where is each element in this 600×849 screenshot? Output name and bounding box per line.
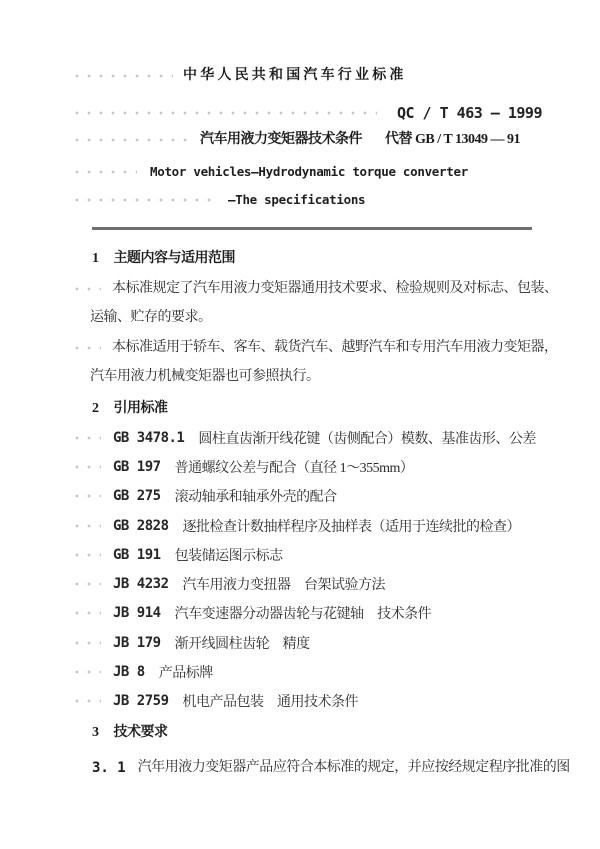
national-title: 中华人民共和国汽车行业标准 xyxy=(183,66,407,86)
section-1-paragraph-1-line-1: 本标准规定了汽车用液力变矩器通用技术要求、检验规则及对标志、包装、 xyxy=(0,279,600,299)
section-2-number: 2 xyxy=(92,399,99,419)
reference-title: 渐开线圆柱齿轮 精度 xyxy=(175,633,310,653)
reference-title: 逐批检查计数抽样程序及抽样表（适用于连续批的检查） xyxy=(183,516,521,536)
reference-code: JB 4232 xyxy=(113,576,169,592)
leader-dots xyxy=(75,73,173,79)
leader-dots xyxy=(75,197,217,203)
header-divider-rule xyxy=(92,227,532,230)
chinese-title: 汽车用液力变矩器技术条件 xyxy=(200,130,362,150)
leader-dots xyxy=(75,286,101,292)
reference-title: 圆柱直齿渐开线花键（齿侧配合）模数、基准齿形、公差 xyxy=(198,428,536,448)
leader-dots xyxy=(75,610,101,616)
supersedes-note: 代替 GB / T 13049 — 91 xyxy=(385,130,520,150)
standard-document-page: 中华人民共和国汽车行业标准 QC / T 463 — 1999 汽车用液力变矩器… xyxy=(0,0,600,849)
section-1-paragraph-1-line-2: 运输、贮存的要求。 xyxy=(0,308,600,328)
reference-item: JB 179 渐开线圆柱齿轮 精度 xyxy=(75,628,570,657)
clause-text: 汽年用液力变矩器产品应符合本标准的规定，并应按经规定程序批准的图 xyxy=(138,758,570,778)
reference-code: JB 8 xyxy=(113,664,145,680)
section-2-heading: 2 引用标准 xyxy=(92,399,168,419)
paragraph-text: 汽车用液力机械变矩器也可参照执行。 xyxy=(90,367,320,387)
header-english-title-line-2: —The specifications xyxy=(0,190,600,210)
section-1-paragraph-2-line-2: 汽车用液力机械变矩器也可参照执行。 xyxy=(0,367,600,387)
header-chinese-title-line: 汽车用液力变矩器技术条件 代替 GB / T 13049 — 91 xyxy=(0,130,600,150)
section-1-heading: 1 主题内容与适用范围 xyxy=(92,249,235,269)
reference-standards-list: GB 3478.1 圆柱直齿渐开线花键（齿侧配合）模数、基准齿形、公差 GB 1… xyxy=(75,423,570,716)
section-3-title: 技术要求 xyxy=(114,723,168,743)
paragraph-text: 运输、贮存的要求。 xyxy=(90,308,212,328)
leader-dots xyxy=(75,110,377,116)
reference-title: 汽车变速器分动器齿轮与花键轴 技术条件 xyxy=(175,603,432,623)
section-1-paragraph-2-line-1: 本标准适用于轿车、客车、载货汽车、越野汽车和专用汽车用液力变矩器， xyxy=(0,338,600,358)
reference-title: 汽车用液力变扭器 台架试验方法 xyxy=(183,574,386,594)
reference-code: JB 914 xyxy=(113,605,161,621)
leader-dots xyxy=(75,345,101,351)
section-1-number: 1 xyxy=(92,249,99,269)
reference-code: GB 191 xyxy=(113,547,161,563)
clause-number: 3. 1 xyxy=(92,758,126,778)
reference-code: GB 3478.1 xyxy=(113,430,184,446)
reference-title: 包装储运图示标志 xyxy=(175,545,283,565)
standard-number: QC / T 463 — 1999 xyxy=(397,103,542,123)
reference-title: 机电产品包装 通用技术条件 xyxy=(183,691,359,711)
section-3-number: 3 xyxy=(92,723,99,743)
leader-dots xyxy=(75,523,101,529)
paragraph-text: 本标准规定了汽车用液力变矩器通用技术要求、检验规则及对标志、包装、 xyxy=(112,279,558,299)
reference-code: GB 197 xyxy=(113,459,161,475)
clause-3-1: 3. 1 汽年用液力变矩器产品应符合本标准的规定，并应按经规定程序批准的图 xyxy=(92,758,570,778)
reference-code: GB 2828 xyxy=(113,518,169,534)
reference-title: 产品标牌 xyxy=(159,662,213,682)
reference-code: JB 2759 xyxy=(113,693,169,709)
header-standard-number-line: QC / T 463 — 1999 xyxy=(0,103,600,123)
reference-code: GB 275 xyxy=(113,488,161,504)
reference-item: GB 275 滚动轴承和轴承外壳的配合 xyxy=(75,482,570,511)
reference-item: GB 197 普通螺纹公差与配合（直径 1～355mm） xyxy=(75,452,570,481)
reference-item: JB 4232 汽车用液力变扭器 台架试验方法 xyxy=(75,569,570,598)
leader-dots xyxy=(75,464,101,470)
leader-dots xyxy=(75,698,101,704)
leader-dots xyxy=(75,640,101,646)
reference-item: GB 3478.1 圆柱直齿渐开线花键（齿侧配合）模数、基准齿形、公差 xyxy=(75,423,570,452)
reference-item: JB 914 汽车变速器分动器齿轮与花键轴 技术条件 xyxy=(75,599,570,628)
reference-code: JB 179 xyxy=(113,635,161,651)
section-1-title: 主题内容与适用范围 xyxy=(114,249,236,269)
leader-dots xyxy=(75,137,187,143)
header-national-title-line: 中华人民共和国汽车行业标准 xyxy=(0,66,600,86)
header-english-title-line-1: Motor vehicles—Hydrodynamic torque conve… xyxy=(0,162,600,182)
reference-title: 滚动轴承和轴承外壳的配合 xyxy=(175,486,337,506)
leader-dots xyxy=(75,669,101,675)
reference-title: 普通螺纹公差与配合（直径 1～355mm） xyxy=(175,457,414,477)
section-2-title: 引用标准 xyxy=(114,399,168,419)
reference-item: GB 191 包装储运图示标志 xyxy=(75,540,570,569)
reference-item: GB 2828 逐批检查计数抽样程序及抽样表（适用于连续批的检查） xyxy=(75,511,570,540)
leader-dots xyxy=(75,581,101,587)
leader-dots xyxy=(75,435,101,441)
leader-dots xyxy=(75,493,101,499)
leader-dots xyxy=(75,169,137,175)
reference-item: JB 2759 机电产品包装 通用技术条件 xyxy=(75,687,570,716)
english-title-line1: Motor vehicles—Hydrodynamic torque conve… xyxy=(150,162,468,182)
english-title-line2: —The specifications xyxy=(228,190,365,210)
reference-item: JB 8 产品标牌 xyxy=(75,657,570,686)
leader-dots xyxy=(75,552,101,558)
section-3-heading: 3 技术要求 xyxy=(92,723,168,743)
paragraph-text: 本标准适用于轿车、客车、载货汽车、越野汽车和专用汽车用液力变矩器， xyxy=(112,338,558,358)
